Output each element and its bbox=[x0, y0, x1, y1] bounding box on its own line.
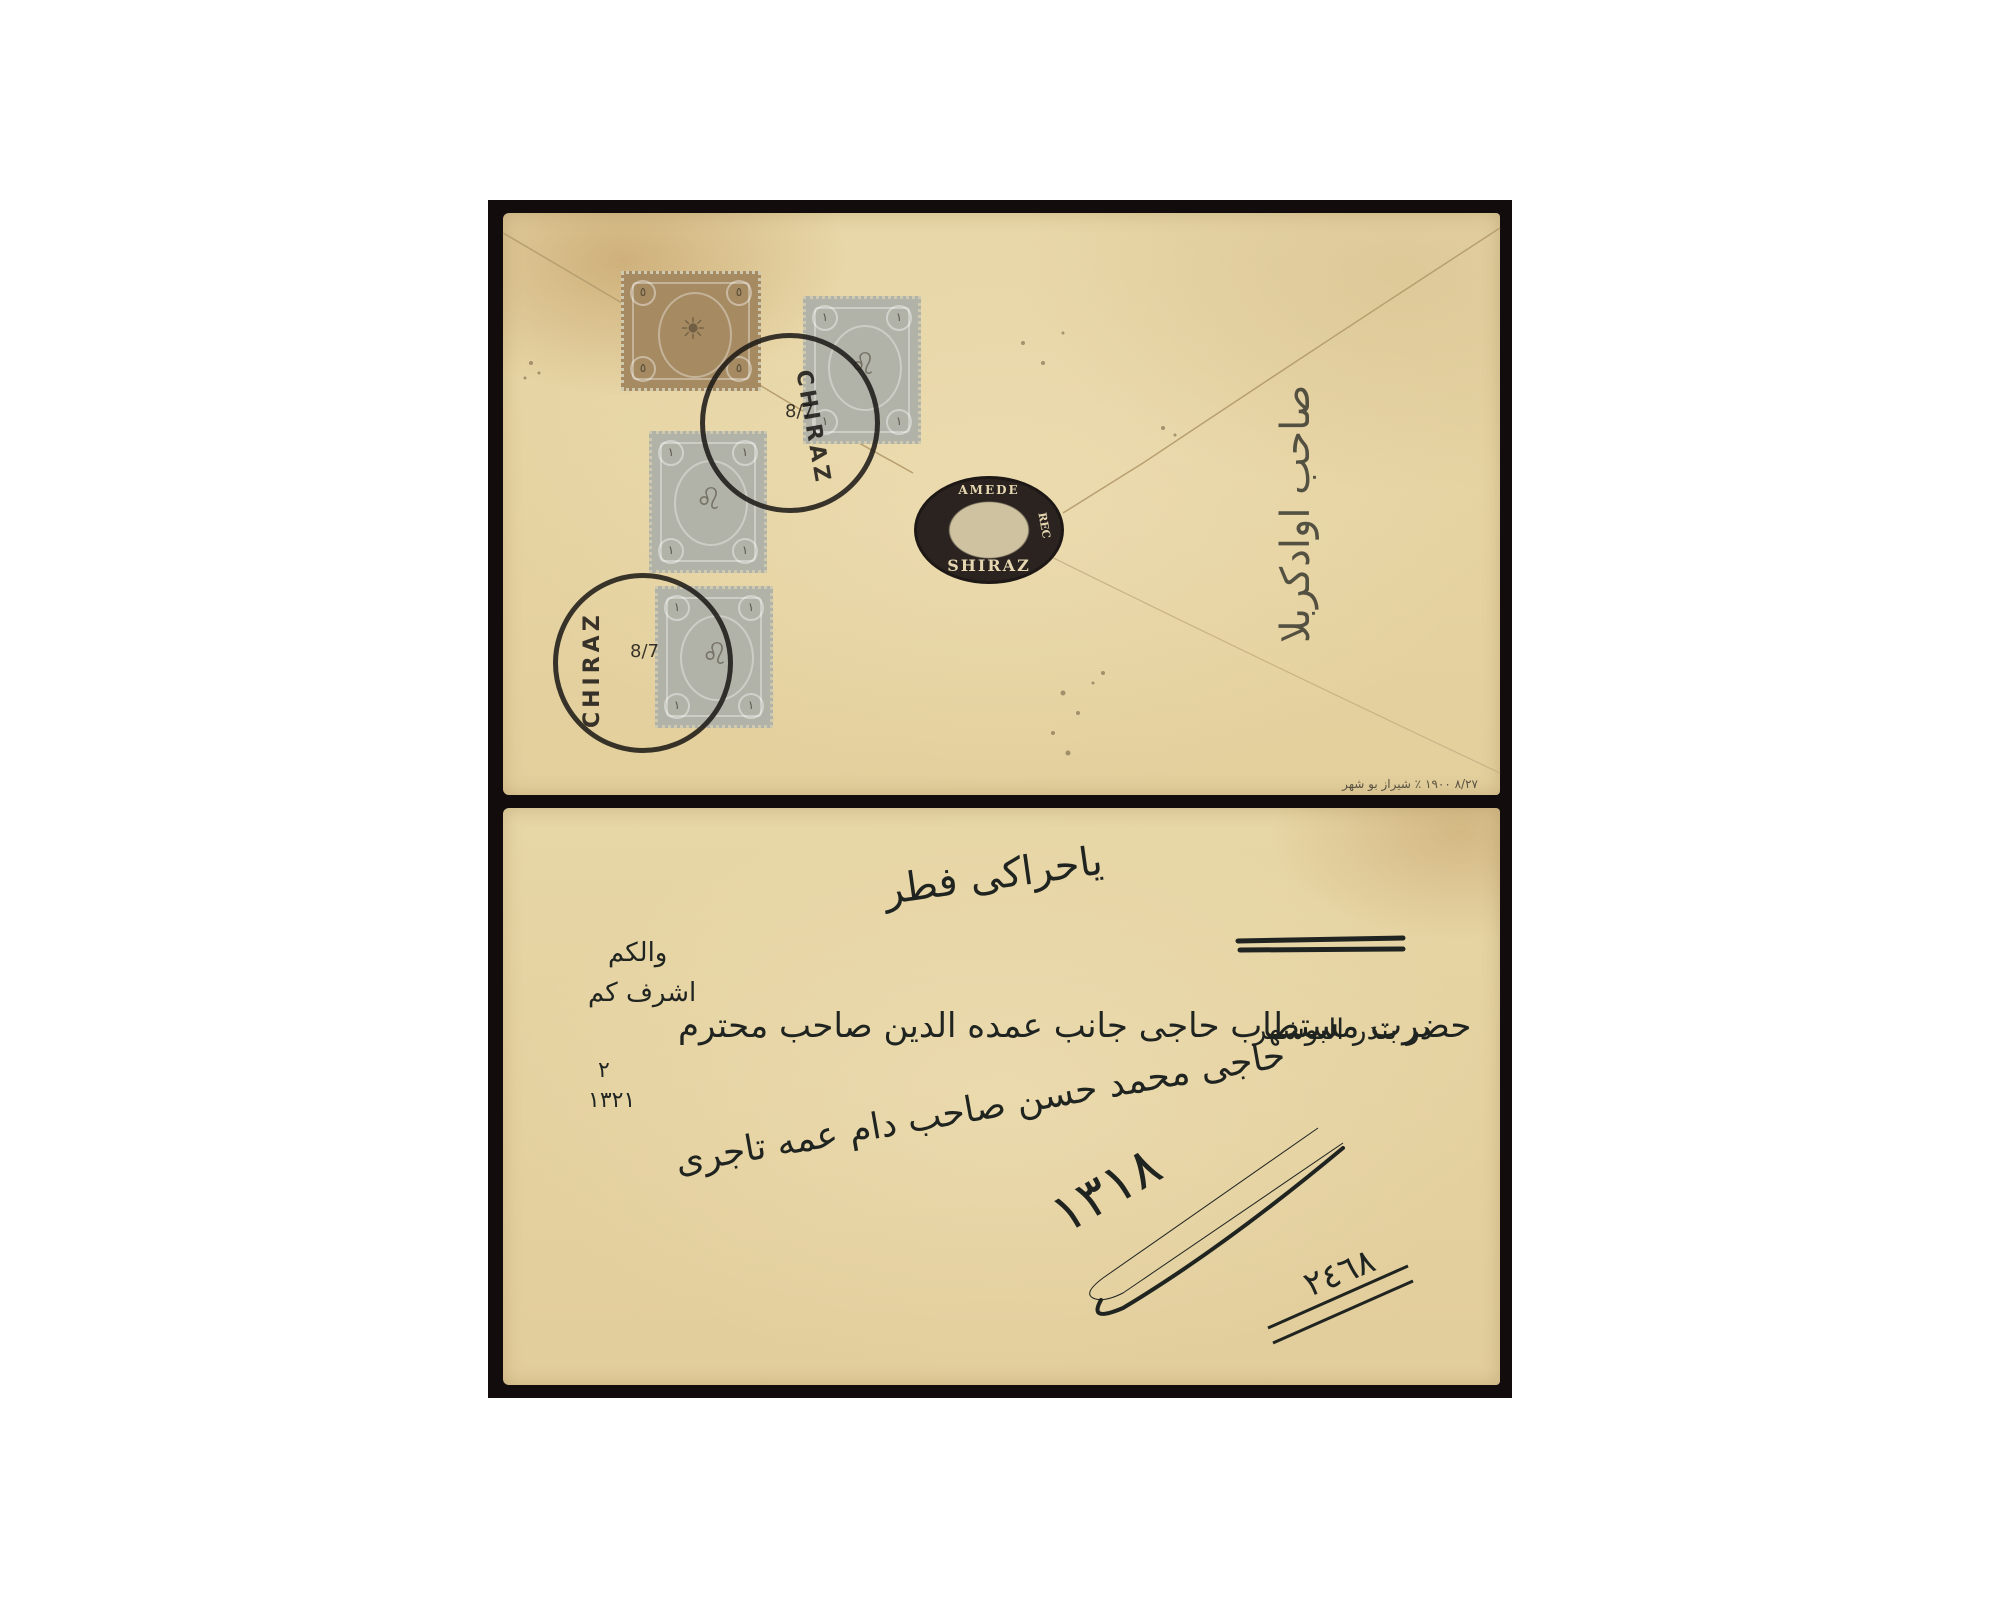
postmark-town: CHIRAZ bbox=[790, 368, 835, 487]
circular-postmark: CHIRAZ 8/7 bbox=[700, 333, 880, 513]
stamp-value: ١ bbox=[886, 305, 912, 331]
stamp-value: ١ bbox=[886, 409, 912, 435]
postmark-date: 8/7 bbox=[630, 643, 659, 661]
postmark-date: 8/7 bbox=[785, 403, 814, 421]
registration-seal: AMEDE REC SHIRAZ bbox=[914, 476, 1064, 584]
left-note-line: والکم bbox=[608, 938, 667, 968]
lion-and-sun-icon: ☀ bbox=[670, 312, 716, 348]
left-note-line: ١٣٢١ bbox=[588, 1088, 635, 1113]
destination-bushehr: در بندر البوشهر bbox=[1253, 1013, 1432, 1046]
pencil-note: ٨/٢٧ ١٩٠٠ ٪ شیراز بو شهر bbox=[1342, 777, 1478, 791]
circular-postmark: CHIRAZ 8/7 bbox=[553, 573, 733, 753]
stamp-value: ١ bbox=[732, 538, 758, 564]
stamp-value: ٥ bbox=[726, 280, 752, 306]
seal-side-text: REC bbox=[1035, 511, 1052, 539]
stamp-value: ١ bbox=[812, 305, 838, 331]
seal-top-text: AMEDE bbox=[917, 483, 1061, 497]
stamp-value: ٥ bbox=[630, 280, 656, 306]
seal-bottom-text: SHIRAZ bbox=[917, 556, 1061, 575]
stamp-value: ٥ bbox=[630, 356, 656, 382]
stamp-value: ١ bbox=[658, 538, 684, 564]
stamp-value: ١ bbox=[658, 440, 684, 466]
handwritten-note-vertical: صاحب اوادکربلا bbox=[1273, 385, 1319, 643]
left-note-line: ٢ bbox=[598, 1058, 610, 1083]
stamp-value: ١ bbox=[738, 595, 764, 621]
postmark-town: CHIRAZ bbox=[580, 611, 605, 728]
left-note-line: اشرف کم bbox=[588, 978, 696, 1008]
stamp-value: ١ bbox=[738, 693, 764, 719]
envelope-front: یاحراکی فطر والکم اشرف کم ٢ ١٣٢١ حضرت مس… bbox=[503, 808, 1500, 1385]
lion-icon: ♌ bbox=[686, 482, 732, 518]
envelope-back: ٥ ٥ ٥ ٥ ☀ ١ ١ ١ ١ ♌ ١ ١ ١ ١ ♌ ١ ١ ١ ١ ♌ … bbox=[503, 213, 1500, 795]
